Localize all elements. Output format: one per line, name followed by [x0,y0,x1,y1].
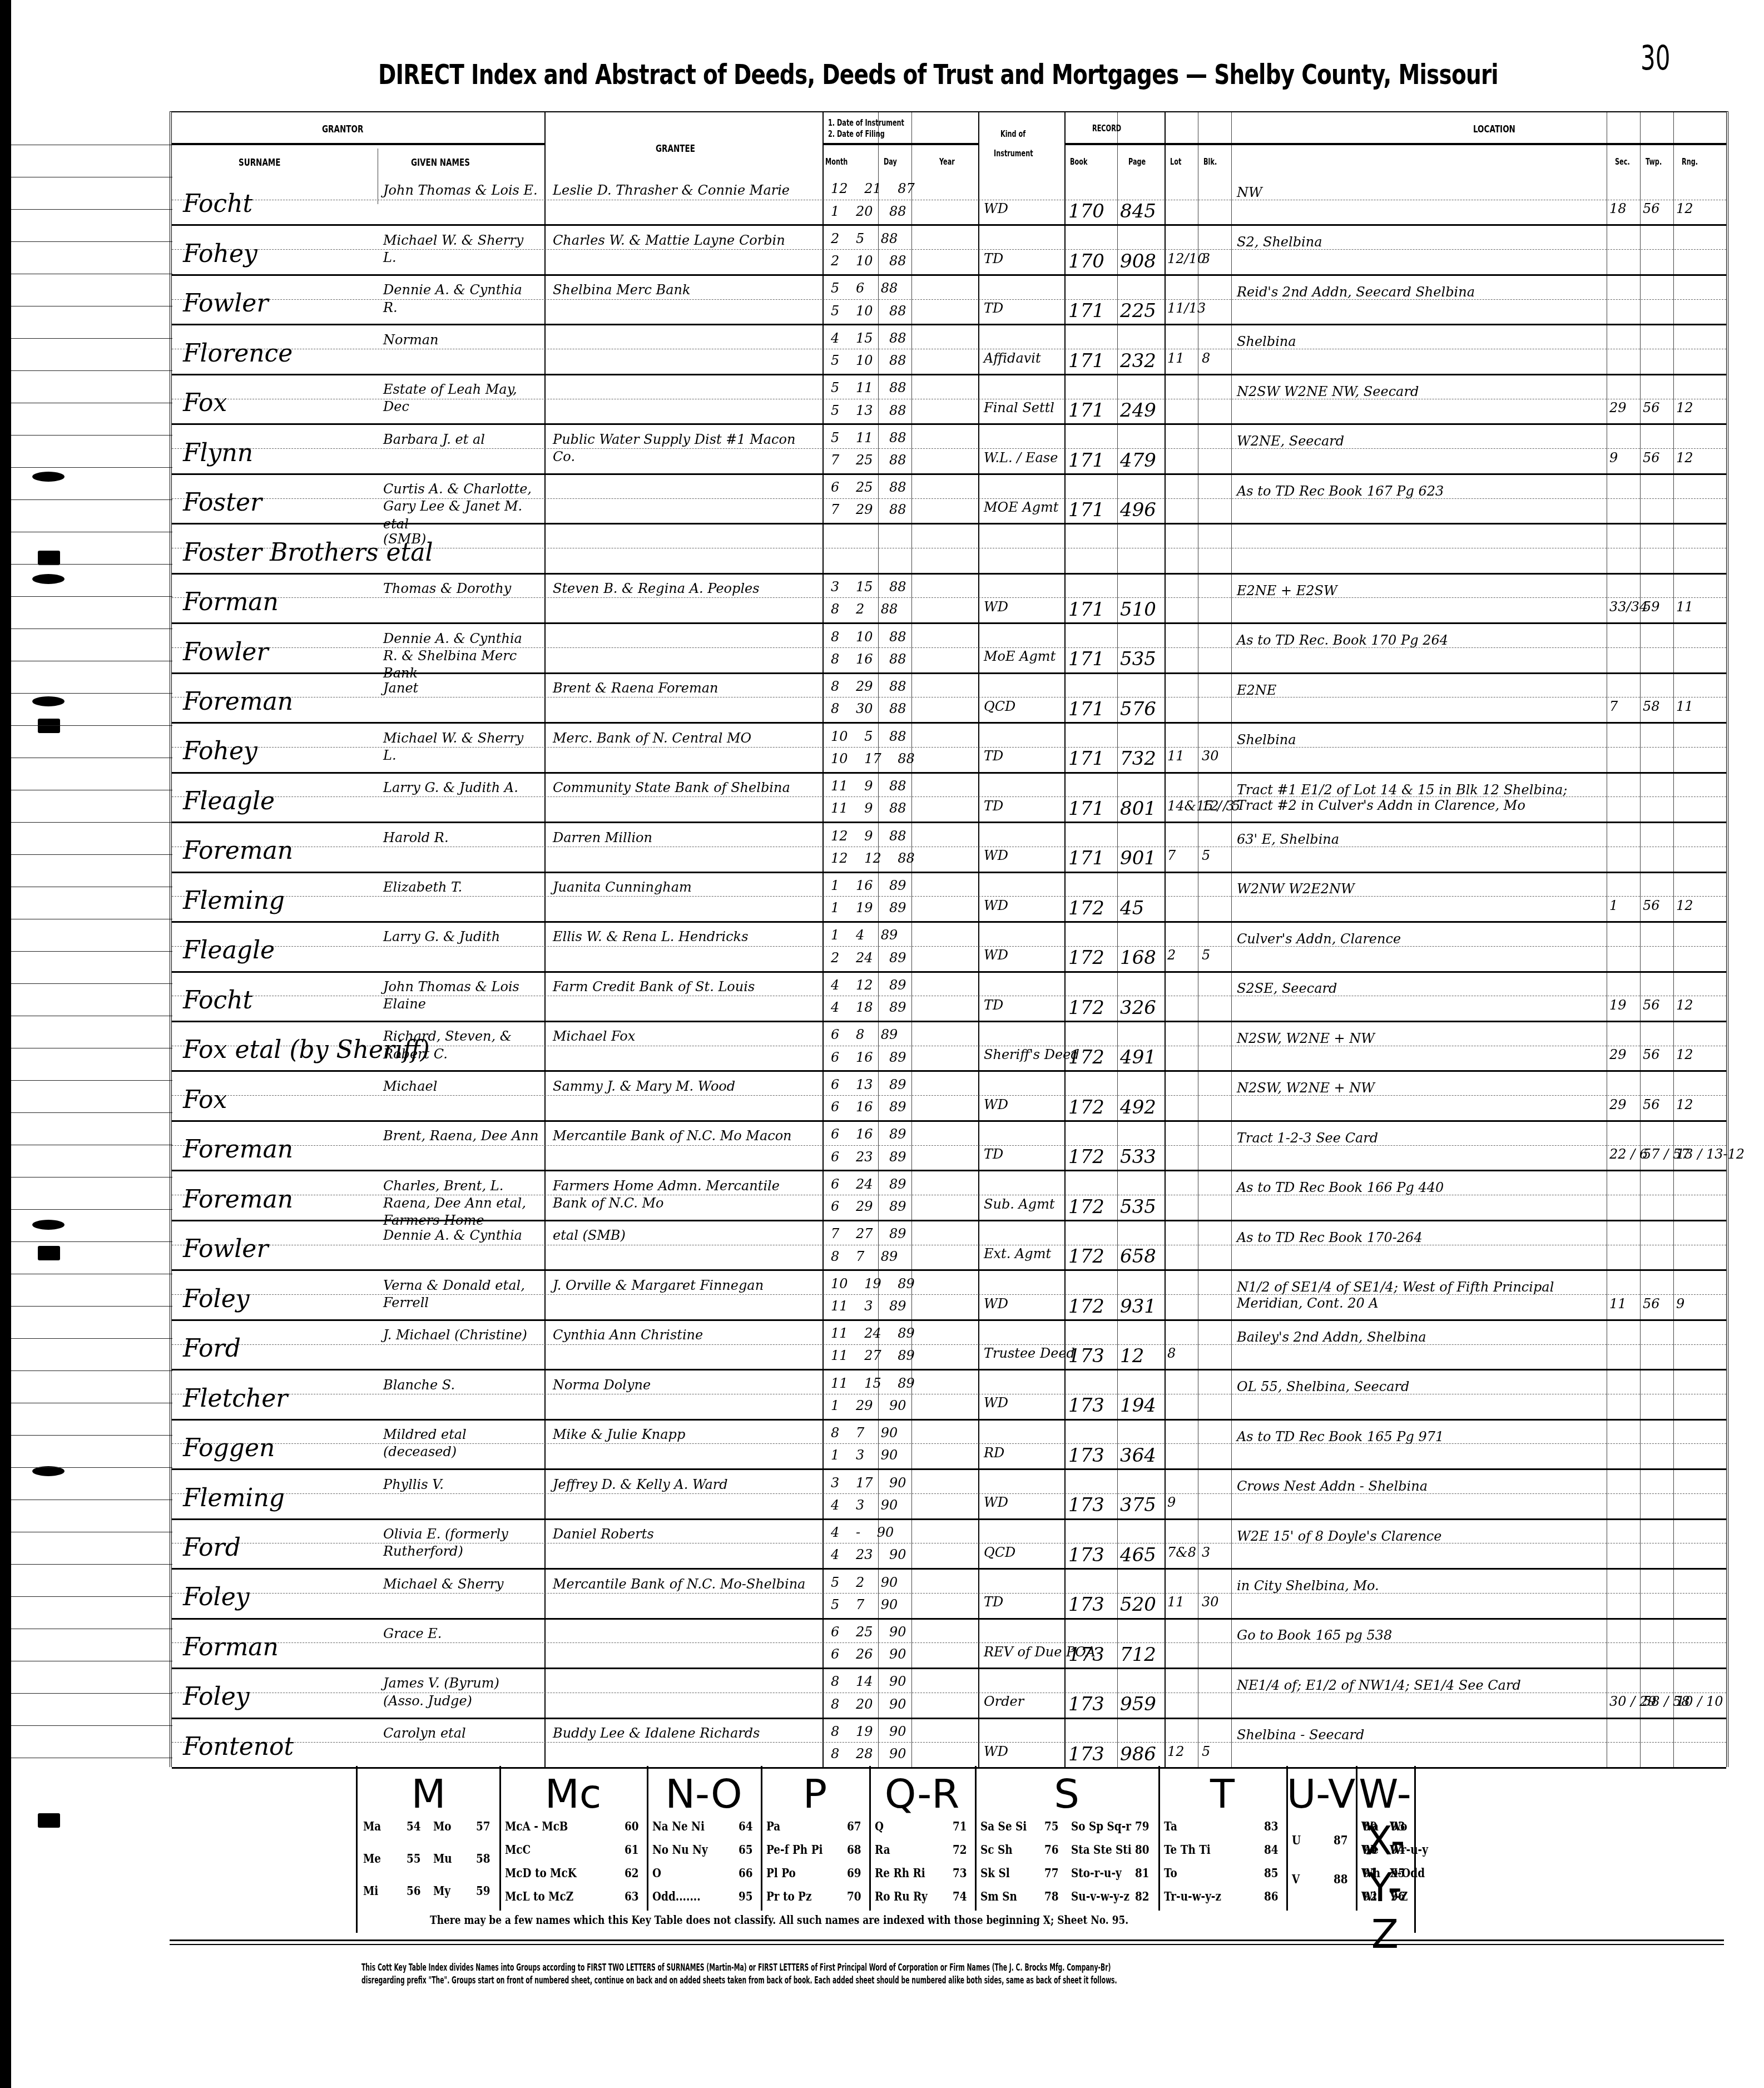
ledger-entry-row: FoleyVerna & Donald etal, FerrellJ. Orvi… [172,1269,1726,1320]
entry-surname: Fleming [183,1486,285,1511]
rng-header: Rng. [1682,157,1698,167]
entry-location: E2NE + E2SW [1237,583,1337,599]
entry-kind-of-instrument: WD [984,1396,1008,1409]
entry-surname: Ford [183,1536,241,1560]
entry-given-names: Dennie A. & Cynthia R. [383,281,539,316]
entry-location: Reid's 2nd Addn, Seecard Shelbina [1237,284,1475,300]
key-prefix: Me [363,1851,381,1866]
margin-rule [11,854,172,855]
entry-location: As to TD Rec Book 170-264 [1237,1230,1423,1246]
entry-date-of-filing: 5 10 88 [831,304,906,318]
entry-date-of-instrument: 5 2 90 [831,1576,898,1589]
entry-record-page: 576 [1120,700,1156,719]
entry-section: 7 [1609,700,1618,713]
entry-date-of-instrument: 6 13 89 [831,1078,906,1091]
entry-township: 56 [1643,1048,1660,1061]
entry-kind-of-instrument: Final Settl [984,401,1054,414]
entry-location: S2SE, Seecard [1237,981,1337,997]
year-header: Year [939,157,955,167]
key-sheet-number: 60 [625,1819,639,1834]
entry-section: 33/34 [1609,600,1648,613]
entry-given-names: Estate of Leah May, Dec [383,381,539,415]
entry-date-of-instrument: 10 5 88 [831,730,906,743]
entry-date-of-instrument: 6 24 89 [831,1177,906,1191]
entry-lot: 11 [1167,1595,1185,1609]
key-prefix: Pa [766,1819,780,1834]
entry-location: As to TD Rec. Book 170 Pg 264 [1237,632,1448,649]
key-prefix: Q [875,1819,884,1834]
entry-location: Tract 1-2-3 See Card [1237,1130,1378,1146]
entry-date-of-instrument: 8 7 90 [831,1426,898,1439]
margin-rule [11,370,172,371]
ledger-entry-row: FoxEstate of Leah May, DecFinal Settl171… [172,374,1726,425]
key-group-w-x-y-z: W-X-Y-ZWa89We90Wh91Wi92Wo93Wr-u-y94X-Odd… [1356,1766,1414,1911]
key-sheet-number: 57 [476,1819,490,1834]
entry-record-page: 12 [1120,1347,1144,1365]
key-sheet-number: 74 [953,1889,967,1904]
entry-record-book: 173 [1068,1645,1104,1664]
key-group-heading: U-V [1286,1770,1356,1817]
entry-record-page: 533 [1120,1147,1156,1166]
entry-block: 5 [1202,1745,1210,1758]
entry-kind-of-instrument: WD [984,1496,1008,1509]
entry-date-of-instrument: 11 15 89 [831,1377,915,1390]
key-sheet-number: 56 [407,1883,421,1898]
entry-range: 12 [1676,1098,1693,1111]
entry-range: 11 [1676,700,1693,713]
entry-record-page: 45 [1120,899,1144,918]
entry-grantee: Cynthia Ann Christine [553,1327,703,1344]
entry-given-names: (SMB) [383,531,426,548]
key-sheet-number: 73 [953,1866,967,1881]
entry-record-page: 249 [1120,401,1156,420]
entry-date-of-instrument: 2 5 88 [831,232,898,245]
key-sheet-number: 85 [1264,1866,1279,1881]
entry-kind-of-instrument: Sheriff's Deed [984,1048,1079,1061]
ledger-entry-row: FletcherBlanche S.Norma DolyneWD173194OL… [172,1369,1726,1420]
entry-date-of-instrument: 1 4 89 [831,928,898,942]
margin-rule [11,403,172,403]
key-prefix: Sa Se Si [980,1819,1027,1834]
key-group-heading: M [358,1770,499,1817]
key-sheet-number: 95 [1391,1866,1405,1881]
entry-kind-of-instrument: Ext. Agmt [984,1247,1051,1260]
entry-record-page: 194 [1120,1396,1156,1415]
margin-rule [11,1693,172,1694]
entry-given-names: Mildred etal (deceased) [383,1426,539,1461]
entry-date-of-filing: 2 10 88 [831,254,906,268]
entry-section: 19 [1609,998,1627,1012]
entry-record-book: 171 [1068,352,1104,370]
key-prefix: McD to McK [505,1866,577,1881]
entry-kind-of-instrument: WD [984,899,1008,912]
entry-record-page: 168 [1120,948,1156,967]
entry-range: 12 [1676,1048,1693,1061]
entry-date-of-instrument: 3 17 90 [831,1476,906,1490]
entry-date-of-filing: 6 16 89 [831,1051,906,1064]
entry-date-of-filing: 4 23 90 [831,1548,906,1561]
entry-section: 22 / 6 [1609,1147,1648,1161]
margin-rule [11,1016,172,1016]
key-sheet-number: 69 [847,1866,861,1881]
grantee-header: GRANTEE [656,143,695,155]
entry-date-of-instrument: 11 9 88 [831,779,906,793]
entry-record-page: 845 [1120,202,1156,221]
key-prefix: Ta [1164,1819,1177,1834]
entry-record-page: 712 [1120,1645,1156,1664]
entry-grantee: Leslie D. Thrasher & Connie Marie [553,182,790,199]
entry-date-of-instrument: 4 15 88 [831,331,906,345]
footer-line-1: This Cott Key Table Index divides Names … [361,1962,1111,1973]
entry-kind-of-instrument: WD [984,1297,1008,1310]
key-sheet-number: 64 [739,1819,753,1834]
entry-range: 12 [1676,401,1693,414]
key-sheet-number: 93 [1391,1819,1405,1834]
key-prefix: Sm Sn [980,1889,1017,1904]
entry-date-of-instrument: 6 16 89 [831,1127,906,1141]
entry-lot: 11/13 [1167,301,1206,315]
entry-location: N2SW, W2NE + NW [1237,1031,1375,1047]
entry-location: Culver's Addn, Clarence [1237,931,1401,947]
entry-record-book: 171 [1068,600,1104,619]
entry-surname: Fox [183,391,227,415]
key-sheet-number: 68 [847,1842,861,1857]
entry-surname: Florence [183,342,293,366]
key-group-u-v: U-VU87V88 [1286,1766,1357,1911]
entry-record-book: 171 [1068,700,1104,719]
entry-date-of-filing: 12 12 88 [831,852,915,865]
ledger-entry-row: FoxMichaelSammy J. & Mary M. WoodWD17249… [172,1070,1726,1121]
entry-grantee: Ellis W. & Rena L. Hendricks [553,928,748,946]
entry-record-page: 908 [1120,252,1156,271]
entry-location: As to TD Rec Book 167 Pg 623 [1237,483,1444,499]
entry-surname: Focht [183,988,252,1013]
entry-record-page: 658 [1120,1247,1156,1266]
key-prefix: Sk Sl [980,1866,1010,1881]
entry-grantee: Michael Fox [553,1028,635,1045]
entry-record-book: 173 [1068,1595,1104,1614]
entry-date-of-filing: 4 3 90 [831,1498,898,1512]
entry-section: 1 [1609,899,1618,912]
entry-kind-of-instrument: WD [984,1745,1008,1758]
record-header: RECORD [1092,123,1121,133]
entry-date-of-filing: 6 16 89 [831,1100,906,1114]
given-names-header: GIVEN NAMES [411,157,470,169]
date-filing-header: 2. Date of Filing [828,129,885,139]
entry-location: in City Shelbina, Mo. [1237,1578,1379,1594]
key-sheet-number: 96 [1391,1889,1405,1904]
entry-record-page: 510 [1120,600,1156,619]
entry-range: 13 / 13-12 [1676,1147,1745,1161]
entry-date-of-instrument: 11 24 89 [831,1327,915,1340]
lot-header: Lot [1170,157,1181,167]
entry-record-page: 801 [1120,799,1156,818]
entry-kind-of-instrument: MoE Agmt [984,650,1056,663]
ledger-entry-row: FleagleLarry G. & Judith A.Community Sta… [172,772,1726,823]
entry-surname: Fontenot [183,1735,294,1759]
entry-date-of-filing: 11 3 89 [831,1299,906,1313]
margin-rule [11,1725,172,1726]
entry-record-book: 172 [1068,1198,1104,1216]
margin-rule [11,1758,172,1758]
entry-date-of-instrument: 6 8 89 [831,1028,898,1041]
entry-kind-of-instrument: TD [984,252,1003,265]
entry-date-of-filing: 8 28 90 [831,1747,906,1760]
ledger-entry-row: ForemanHarold R.Darren MillionWD17190175… [172,822,1726,873]
margin-rule [11,1177,172,1177]
entry-block: 5 [1202,948,1210,962]
entry-range: 9 [1676,1297,1684,1310]
key-group-m: MMa54Me55Mi56Mo57Mu58My59 [358,1766,501,1911]
key-sheet-number: 71 [953,1819,967,1834]
key-group-heading: T [1158,1770,1286,1817]
binder-hole [32,472,65,482]
entry-record-page: 225 [1120,301,1156,320]
entry-record-book: 173 [1068,1745,1104,1764]
key-prefix: Ra [875,1842,890,1857]
entry-date-of-instrument: 12 9 88 [831,829,906,843]
entry-record-book: 172 [1068,1147,1104,1166]
entry-surname: Flynn [183,441,253,466]
entry-block: 8 [1202,352,1210,365]
key-prefix: McL to McZ [505,1889,573,1904]
key-prefix: No Nu Ny [652,1842,708,1857]
entry-location: Shelbina - Seecard [1237,1727,1364,1743]
entry-kind-of-instrument: TD [984,799,1003,813]
twp-header: Twp. [1646,157,1662,167]
entry-surname: Fowler [183,291,268,316]
entry-grantee: Public Water Supply Dist #1 Macon Co. [553,431,814,466]
entry-grantee: Farm Credit Bank of St. Louis [553,978,755,996]
ledger-entry-row: FordOlivia E. (formerly Rutherford)Danie… [172,1518,1726,1570]
entry-grantee: Farmers Home Admn. Mercantile Bank of N.… [553,1177,814,1212]
key-prefix: Mo [433,1819,452,1834]
margin-rule [11,1048,172,1048]
key-sheet-number: 59 [476,1883,490,1898]
margin-rule [11,1403,172,1403]
entry-surname: Foreman [183,839,293,863]
entry-given-names: Michael W. & Sherry L. [383,730,539,764]
entry-record-book: 171 [1068,849,1104,868]
entry-kind-of-instrument: MOE Agmt [984,501,1059,514]
entry-date-of-filing: 1 3 90 [831,1448,898,1462]
entry-date-of-instrument: 1 16 89 [831,879,906,892]
key-sheet-number: 87 [1334,1833,1348,1848]
key-prefix: Pl Po [766,1866,796,1881]
key-sheet-number: 66 [739,1866,753,1881]
entry-given-names: Thomas & Dorothy [383,580,511,597]
entry-surname: Forman [183,590,279,615]
entry-surname: Fletcher [183,1387,288,1411]
key-sheet-number: 89 [1363,1819,1377,1834]
ledger-entry-row: FlorenceNormanAffidavit171232118Shelbina… [172,324,1726,375]
entry-given-names: Michael W. & Sherry L. [383,232,539,266]
cott-key-table: There may be a few names which this Key … [356,1766,1416,1933]
entry-location: N1/2 of SE1/4 of SE1/4; West of Fifth Pr… [1237,1279,1604,1312]
entry-record-book: 171 [1068,451,1104,470]
margin-rule [11,274,172,274]
margin-rule [11,983,172,984]
ledger-entry-row: FontenotCarolyn etalBuddy Lee & Idalene … [172,1718,1726,1769]
key-sheet-number: 95 [739,1889,753,1904]
key-sheet-number: 90 [1363,1842,1377,1857]
entry-grantee: Charles W. & Mattie Layne Corbin [553,232,785,249]
entry-date-of-instrument: 6 25 90 [831,1625,906,1639]
entry-date-of-instrument: 7 27 89 [831,1227,906,1240]
entry-kind-of-instrument: WD [984,600,1008,613]
key-prefix: Pe-f Ph Pi [766,1842,822,1857]
key-sheet-number: 82 [1135,1889,1149,1904]
entry-kind-of-instrument: QCD [984,700,1015,713]
entry-location: Crows Nest Addn - Shelbina [1237,1478,1428,1495]
key-sheet-number: 76 [1044,1842,1059,1857]
entry-record-page: 535 [1120,1198,1156,1216]
ledger-entry-row: FlynnBarbara J. et alPublic Water Supply… [172,423,1726,474]
margin-rule [11,790,172,790]
entry-record-book: 173 [1068,1496,1104,1515]
key-group-heading: N-O [647,1770,761,1817]
binder-hole [32,574,65,584]
entry-block: 30 [1202,1595,1219,1609]
entry-township: 59 [1643,600,1660,613]
entry-given-names: Carolyn etal [383,1725,466,1742]
entry-grantee: Norma Dolyne [553,1377,651,1394]
binder-hole [38,1813,60,1828]
entry-location: OL 55, Shelbina, Seecard [1237,1379,1409,1395]
entry-date-of-filing: 8 16 88 [831,652,906,666]
entry-lot: 11 [1167,749,1185,763]
ledger-entry-row: Fox etal (by Sheriff)Richard, Steven, & … [172,1021,1726,1072]
entry-given-names: Janet [383,680,418,697]
entry-date-of-filing: 2 24 89 [831,951,906,964]
key-prefix: My [433,1883,450,1898]
margin-rule [11,725,172,726]
entry-location: As to TD Rec Book 165 Pg 971 [1237,1429,1444,1445]
entry-date-of-filing: 6 26 90 [831,1647,906,1661]
margin-rule [11,629,172,629]
entry-kind-of-instrument: Affidavit [984,352,1041,365]
entry-date-of-filing: 8 7 89 [831,1250,898,1263]
ledger-entry-row: ForemanCharles, Brent, L. Raena, Dee Ann… [172,1170,1726,1221]
key-sheet-number: 62 [625,1866,639,1881]
entry-date-of-filing: 11 27 89 [831,1349,915,1362]
entry-surname: Foggen [183,1436,275,1461]
entry-township: 56 [1643,1297,1660,1310]
entry-surname: Fohey [183,242,257,266]
entry-date-of-filing: 6 23 89 [831,1150,906,1164]
entry-lot: 12/10 [1167,252,1206,265]
entry-location: Shelbina [1237,334,1296,350]
entry-record-book: 172 [1068,1048,1104,1067]
ledger-entry-row: FormanThomas & DorothySteven B. & Regina… [172,573,1726,624]
entry-location: S2, Shelbina [1237,234,1322,250]
margin-rule [11,564,172,565]
entry-section: 18 [1609,202,1627,215]
entry-surname: Foster [183,491,262,515]
key-prefix: Sta Ste Sti [1071,1842,1132,1857]
entry-date-of-filing: 8 30 88 [831,702,906,715]
date-instrument-header: 1. Date of Instrument [828,118,904,128]
margin-rule [11,467,172,468]
margin-rule [11,145,172,145]
key-sheet-number: 70 [847,1889,861,1904]
entry-date-of-instrument: 8 10 88 [831,630,906,644]
key-sheet-number: 92 [1363,1889,1377,1904]
ledger-entry-row: FowlerDennie A. & Cynthia R. & Shelbina … [172,622,1726,674]
entry-record-page: 479 [1120,451,1156,470]
entry-kind-of-instrument: WD [984,202,1008,215]
margin-rule [11,661,172,661]
key-group-mc: McMcA - McB60McC61McD to McK62McL to McZ… [499,1766,648,1911]
entry-surname: Fleagle [183,789,275,814]
key-group-s: SSa Se Si75Sc Sh76Sk Sl77Sm Sn78So Sp Sq… [975,1766,1160,1911]
entry-range: 10 / 10 [1676,1695,1723,1708]
margin-rule [11,1435,172,1436]
entry-grantee: Jeffrey D. & Kelly A. Ward [553,1476,728,1493]
entry-kind-of-instrument: QCD [984,1546,1015,1559]
ledger-entry-row: ForemanJanetBrent & Raena ForemanQCD1715… [172,672,1726,724]
key-group-p: PPa67Pe-f Ph Pi68Pl Po69Pr to Pz70 [761,1766,871,1911]
margin-rule [11,1467,172,1468]
entry-township: 56 [1643,202,1660,215]
ledger-entry-row: ForemanBrent, Raena, Dee AnnMercantile B… [172,1120,1726,1171]
margin-rule [11,1209,172,1210]
key-prefix: McA - McB [505,1819,568,1834]
entry-kind-of-instrument: W.L. / Ease [984,451,1058,464]
entry-date-of-filing: 7 29 88 [831,503,906,516]
entry-lot: 2 [1167,948,1176,962]
key-sheet-number: 78 [1044,1889,1059,1904]
entry-lot: 11 [1167,352,1185,365]
ledger-entry-row: FleagleLarry G. & JudithEllis W. & Rena … [172,921,1726,972]
entry-section: 29 [1609,1098,1627,1111]
entry-given-names: J. Michael (Christine) [383,1327,527,1344]
entry-record-page: 492 [1120,1098,1156,1117]
key-sheet-number: 86 [1264,1889,1279,1904]
entry-date-of-instrument: 4 - 90 [831,1526,894,1539]
entry-block: 3 [1202,1546,1210,1559]
ledger-entry-row: FochtJohn Thomas & Lois E.Leslie D. Thra… [172,175,1726,226]
entry-record-page: 491 [1120,1048,1156,1067]
entry-date-of-instrument: 5 6 88 [831,281,898,295]
margin-rule [11,1338,172,1339]
sec-header: Sec. [1615,157,1630,167]
surname-header: SURNAME [239,157,280,169]
entry-surname: Fleming [183,889,285,913]
key-prefix: U [1292,1833,1301,1848]
entry-township: 56 [1643,451,1660,464]
entry-date-of-filing: 6 29 89 [831,1200,906,1213]
key-table-note: There may be a few names which this Key … [430,1913,1128,1927]
binder-hole [32,696,65,706]
entry-grantee: Buddy Lee & Idalene Richards [553,1725,760,1742]
key-prefix: Tr-u-w-y-z [1164,1889,1221,1904]
margin-rule [11,1145,172,1145]
entry-record-book: 172 [1068,948,1104,967]
entry-given-names: Larry G. & Judith A. [383,779,518,796]
entry-township: 56 [1643,998,1660,1012]
entry-given-names: Verna & Donald etal, Ferrell [383,1277,539,1312]
entry-section: 11 [1609,1297,1627,1310]
entry-record-book: 171 [1068,501,1104,519]
entry-kind-of-instrument: TD [984,998,1003,1012]
entry-given-names: Grace E. [383,1625,442,1642]
entry-date-of-instrument: 10 19 89 [831,1277,915,1290]
key-sheet-number: 77 [1044,1866,1059,1881]
margin-rule [11,209,172,210]
key-sheet-number: 55 [407,1851,421,1866]
entry-given-names: Olivia E. (formerly Rutherford) [383,1526,539,1560]
